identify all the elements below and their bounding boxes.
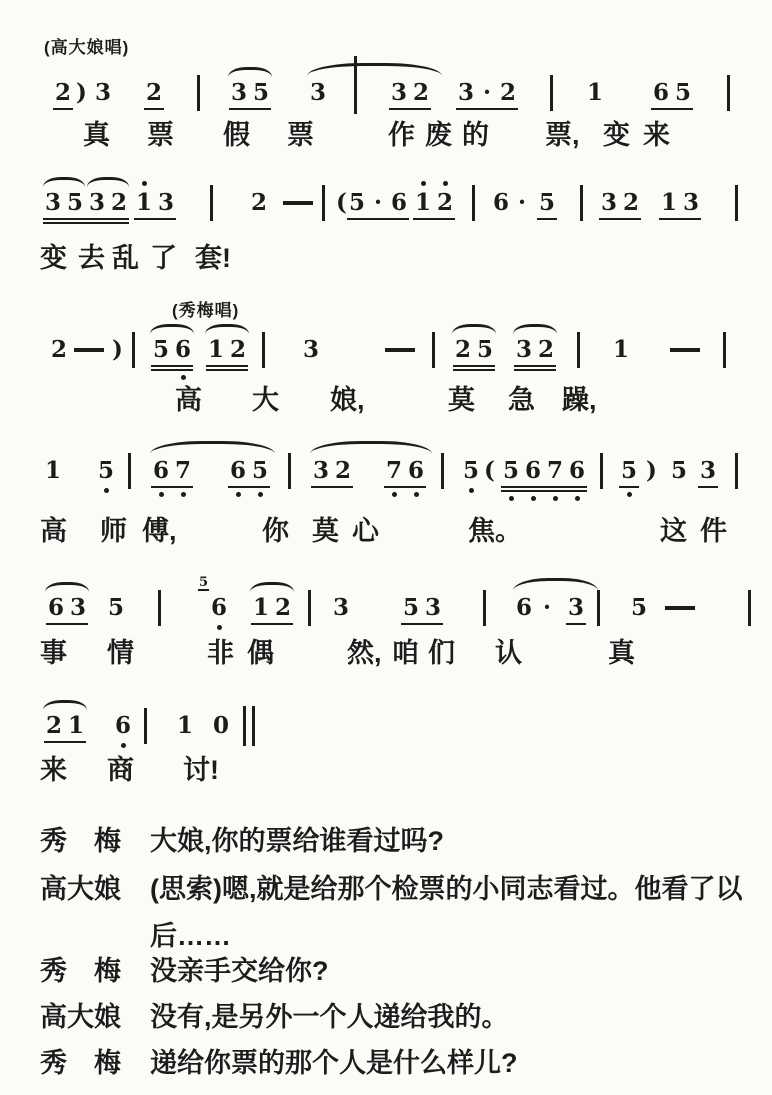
dialogue-row: 秀 梅没亲手交给你? [40,948,772,995]
dialogue-text: (思索)嗯,就是给那个检票的小同志看过。他看了以后…… [150,866,772,960]
dialogue-speaker: 秀 梅 [40,948,148,995]
dialogue-text: 递给你票的那个人是什么样儿? [150,1040,772,1087]
dialogue-speaker: 高大娘 [40,866,148,913]
dialogue-text: 大娘,你的票给谁看过吗? [150,818,772,865]
dialogue-speaker: 高大娘 [40,994,148,1041]
dialogue-row: 高大娘(思索)嗯,就是给那个检票的小同志看过。他看了以后…… [40,866,772,960]
dialogue-speaker: 秀 梅 [40,818,148,865]
dialogue-row: 秀 梅大娘,你的票给谁看过吗? [40,818,772,865]
dialogue-text: 没有,是另外一个人递给我的。 [150,994,772,1041]
dialogue-area: 秀 梅大娘,你的票给谁看过吗?高大娘(思索)嗯,就是给那个检票的小同志看过。他看… [0,0,772,1095]
dialogue-row: 高大娘没有,是另外一个人递给我的。 [40,994,772,1041]
score-page: (高大娘唱)(秀梅唱)2)32353323·2165真票假票作废的票,变来353… [0,0,772,1095]
dialogue-text: 没亲手交给你? [150,948,772,995]
dialogue-row: 秀 梅递给你票的那个人是什么样儿? [40,1040,772,1087]
dialogue-speaker: 秀 梅 [40,1040,148,1087]
